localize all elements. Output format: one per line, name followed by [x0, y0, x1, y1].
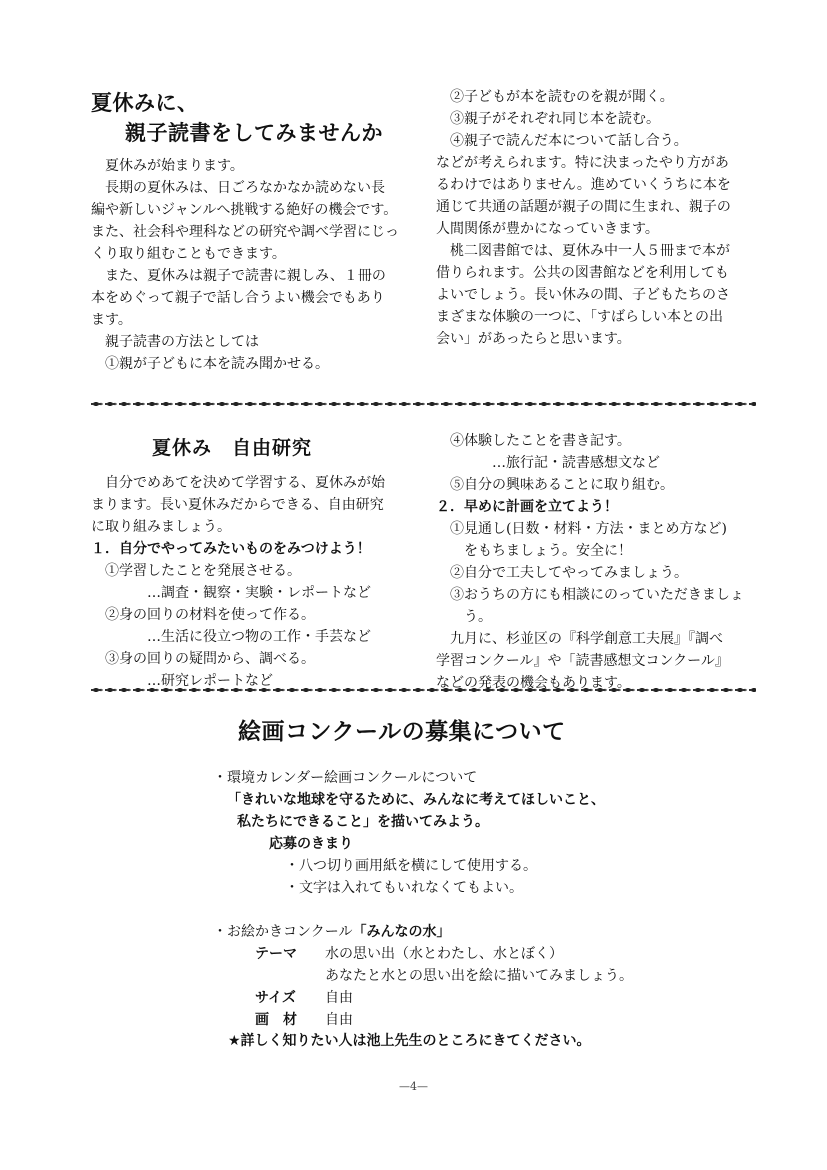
rules-label: 応募のきまり: [213, 833, 633, 855]
section2-left-column: 自分でめあてを決めて学習する、夏休みが始 まります。長い夏休みだからできる、自由…: [91, 472, 411, 692]
detail-row-theme-desc: あなたと水との思い出を絵に描いてみましょう。: [255, 965, 633, 987]
paragraph-line: 編や新しいジャンルへ挑戦する絶好の機会です。: [91, 199, 411, 221]
page-number: —4—: [0, 1080, 827, 1093]
decorative-divider: [91, 686, 756, 694]
paragraph-line: 会い」があったらと思います。: [436, 328, 756, 350]
contest-info: ・環境カレンダー絵画コンクールについて 「きれいな地球を守るために、みんなに考え…: [213, 767, 633, 1031]
subheading-2: ２．早めに計画を立てよう！: [436, 496, 756, 518]
detail-value: あなたと水との思い出を絵に描いてみましょう。: [325, 965, 633, 987]
contest2-label: ・お絵かきコンクール: [213, 924, 352, 940]
section1-title-line1: 夏休みに、: [91, 88, 383, 118]
paragraph-line: また、社会科や理科などの研究や調べ学習にじっ: [91, 221, 411, 243]
list-item: ④体験したことを書き記す。: [436, 430, 756, 452]
list-item-detail: …旅行記・読書感想文など: [436, 452, 756, 474]
list-item: ①見通し(日数・材料・方法・まとめ方など): [436, 518, 756, 540]
paragraph-line: 学習コンクール』や「読書感想文コンクール』: [436, 650, 756, 672]
paragraph-line: 人間関係が豊かになっていきます。: [436, 218, 756, 240]
list-item: ②自分で工夫してやってみましょう。: [436, 562, 756, 584]
list-item-continued: をもちましょう。安全に！: [436, 540, 756, 562]
paragraph-line: 親子読書の方法としては: [91, 331, 411, 353]
document-page: 夏休みに、 親子読書をしてみませんか 夏休みが始まります。 長期の夏休みは、日ご…: [0, 0, 827, 1170]
detail-value: 自由: [325, 987, 353, 1009]
rule-item: ・文字は入れてもいれなくてもよい。: [213, 877, 633, 899]
list-item: ④親子で読んだ本について話し合う。: [436, 130, 756, 152]
paragraph-line: くり取り組むこともできます。: [91, 243, 411, 265]
paragraph-line: 夏休みが始まります。: [91, 155, 411, 177]
detail-key: サイズ: [255, 987, 325, 1009]
list-item: ②子どもが本を読むのを親が聞く。: [436, 86, 756, 108]
detail-value: 自由: [325, 1009, 353, 1031]
paragraph-line: よいでしょう。長い休みの間、子どもたちのさ: [436, 284, 756, 306]
paragraph-line: まざまな体験の一つに、「すばらしい本との出: [436, 306, 756, 328]
paragraph-line: まります。長い夏休みだからできる、自由研究: [91, 494, 411, 516]
list-item: ③身の回りの疑問から、調べる。: [91, 648, 411, 670]
detail-key: [255, 965, 325, 987]
paragraph-line: るわけではありません。進めていくうちに本を: [436, 174, 756, 196]
list-item-detail: …生活に役立つ物の工作・手芸など: [91, 626, 411, 648]
paragraph-line: 九月に、杉並区の『科学創意工夫展』『調べ: [436, 628, 756, 650]
paragraph-line: ます。: [91, 309, 411, 331]
section1-title: 夏休みに、 親子読書をしてみませんか: [91, 88, 383, 148]
paragraph-line: 借りられます。公共の図書館などを利用しても: [436, 262, 756, 284]
contest1-label: ・環境カレンダー絵画コンクールについて: [213, 767, 633, 789]
paragraph-line: に取り組みましょう。: [91, 516, 411, 538]
list-item-detail: …調査・観察・実験・レポートなど: [91, 582, 411, 604]
detail-row-material: 画 材 自由: [255, 1009, 633, 1031]
contest2-details: テーマ 水の思い出（水とわたし、水とぼく） あなたと水との思い出を絵に描いてみま…: [213, 943, 633, 1031]
list-item-continued: う。: [436, 606, 756, 628]
paragraph-line: 通じて共通の話題が親子の間に生まれ、親子の: [436, 196, 756, 218]
contest2-name: 「みんなの水」: [352, 924, 450, 940]
paragraph-line: 桃二図書館では、夏休み中一人５冊まで本が: [436, 240, 756, 262]
section1-left-column: 夏休みが始まります。 長期の夏休みは、日ごろなかなか読めない長 編や新しいジャン…: [91, 155, 411, 375]
section2-right-column: ④体験したことを書き記す。 …旅行記・読書感想文など ⑤自分の興味あることに取り…: [436, 430, 756, 694]
paragraph-line: 本をめぐって親子で話し合うよい機会でもあり: [91, 287, 411, 309]
list-item: ⑤自分の興味あることに取り組む。: [436, 474, 756, 496]
section1-right-column: ②子どもが本を読むのを親が聞く。 ③親子がそれぞれ同じ本を読む。 ④親子で読んだ…: [436, 86, 756, 350]
footer-note: ★詳しく知りたい人は池上先生のところにきてください。: [228, 1030, 591, 1050]
list-item: ②身の回りの材料を使って作る。: [91, 604, 411, 626]
rule-item: ・八つ切り画用紙を横にして使用する。: [213, 855, 633, 877]
contest1-theme-line1: 「きれいな地球を守るために、みんなに考えてほしいこと、: [213, 789, 633, 811]
list-item: ①親が子どもに本を読み聞かせる。: [91, 353, 411, 375]
detail-key: テーマ: [255, 943, 325, 965]
detail-row-theme: テーマ 水の思い出（水とわたし、水とぼく）: [255, 943, 633, 965]
detail-key: 画 材: [255, 1009, 325, 1031]
list-item: ①学習したことを発展させる。: [91, 560, 411, 582]
section1-title-line2: 親子読書をしてみませんか: [91, 118, 383, 148]
contest1-theme-line2: 私たちにできること」を描いてみよう。: [213, 811, 633, 833]
list-item: ③親子がそれぞれ同じ本を読む。: [436, 108, 756, 130]
decorative-divider: [91, 400, 756, 408]
paragraph-line: また、夏休みは親子で読書に親しみ、１冊の: [91, 265, 411, 287]
contest2-heading: ・お絵かきコンクール「みんなの水」: [213, 921, 633, 943]
subheading-1: １．自分でやってみたいものをみつけよう！: [91, 538, 411, 560]
detail-row-size: サイズ 自由: [255, 987, 633, 1009]
paragraph-line: 長期の夏休みは、日ごろなかなか読めない長: [91, 177, 411, 199]
list-item: ③おうちの方にも相談にのっていただきましょ: [436, 584, 756, 606]
section3-title: 絵画コンクールの募集について: [238, 713, 566, 746]
detail-value: 水の思い出（水とわたし、水とぼく）: [325, 943, 563, 965]
paragraph-line: 自分でめあてを決めて学習する、夏休みが始: [91, 472, 411, 494]
paragraph-line: などが考えられます。特に決まったやり方があ: [436, 152, 756, 174]
section2-title: 夏休み 自由研究: [152, 433, 312, 460]
